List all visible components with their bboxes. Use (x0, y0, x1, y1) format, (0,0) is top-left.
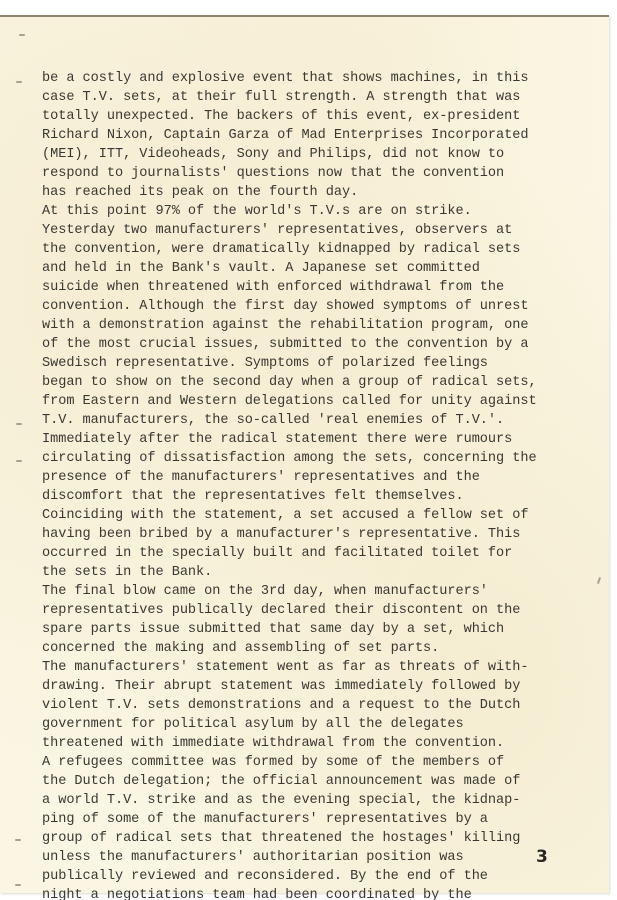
text-line: spare parts issue submitted that same da… (42, 620, 602, 639)
text-line: At this point 97% of the world's T.V.s a… (42, 202, 602, 221)
margin-mark (16, 460, 22, 462)
text-line: The manufacturers' statement went as far… (42, 658, 602, 677)
text-line: Immediately after the radical statement … (42, 430, 602, 449)
text-line: with a demonstration against the rehabil… (42, 316, 602, 335)
text-line: A refugees committee was formed by some … (42, 753, 602, 772)
text-line: a world T.V. strike and as the evening s… (42, 791, 602, 810)
margin-mark (15, 884, 21, 886)
text-line: presence of the manufacturers' represent… (42, 468, 602, 487)
text-line: Coinciding with the statement, a set acc… (42, 506, 602, 525)
text-line: discomfort that the representatives felt… (42, 487, 602, 506)
text-line: occurred in the specially built and faci… (42, 544, 602, 563)
text-line: government for political asylum by all t… (42, 715, 602, 734)
margin-mark (19, 34, 25, 36)
text-line: concerned the making and assembling of s… (42, 639, 602, 658)
margin-mark (16, 81, 22, 83)
text-line: (MEI), ITT, Videoheads, Sony and Philips… (42, 145, 602, 164)
text-line: having been bribed by a manufacturer's r… (42, 525, 602, 544)
text-line: drawing. Their abrupt statement was imme… (42, 677, 602, 696)
text-line: began to show on the second day when a g… (42, 373, 602, 392)
text-line: the convention, were dramatically kidnap… (42, 240, 602, 259)
margin-mark (16, 423, 22, 425)
typewritten-page: be a costly and explosive event that sho… (0, 15, 609, 893)
text-line: suicide when threatened with enforced wi… (42, 278, 602, 297)
text-line: of the most crucial issues, submitted to… (42, 335, 602, 354)
text-line: ping of some of the manufacturers' repre… (42, 810, 602, 829)
text-line: case T.V. sets, at their full strength. … (42, 88, 602, 107)
text-line: has reached its peak on the fourth day. (42, 183, 602, 202)
text-line: T.V. manufacturers, the so-called 'real … (42, 411, 602, 430)
margin-mark (15, 839, 21, 841)
text-line: and held in the Bank's vault. A Japanese… (42, 259, 602, 278)
text-line: be a costly and explosive event that sho… (42, 69, 602, 88)
text-line: group of radical sets that threatened th… (42, 829, 602, 848)
text-line: the sets in the Bank. (42, 563, 602, 582)
text-line: totally unexpected. The backers of this … (42, 107, 602, 126)
text-line: representatives publically declared thei… (42, 601, 602, 620)
text-line: Swedisch representative. Symptoms of pol… (42, 354, 602, 373)
text-line: unless the manufacturers' authoritarian … (42, 848, 602, 867)
text-line: convention. Although the first day showe… (42, 297, 602, 316)
page-number: 3 (536, 847, 548, 867)
text-line: Yesterday two manufacturers' representat… (42, 221, 602, 240)
body-text: be a costly and explosive event that sho… (42, 69, 602, 900)
text-line: publically reviewed and reconsidered. By… (42, 867, 602, 886)
text-line: The final blow came on the 3rd day, when… (42, 582, 602, 601)
text-line: threatened with immediate withdrawal fro… (42, 734, 602, 753)
text-line: from Eastern and Western delegations cal… (42, 392, 602, 411)
text-line: violent T.V. sets demonstrations and a r… (42, 696, 602, 715)
text-line: Richard Nixon, Captain Garza of Mad Ente… (42, 126, 602, 145)
text-line: circulating of dissatisfaction among the… (42, 449, 602, 468)
text-line: respond to journalists' questions now th… (42, 164, 602, 183)
text-line: night a negotiations team had been coord… (42, 886, 602, 900)
text-line: the Dutch delegation; the official annou… (42, 772, 602, 791)
